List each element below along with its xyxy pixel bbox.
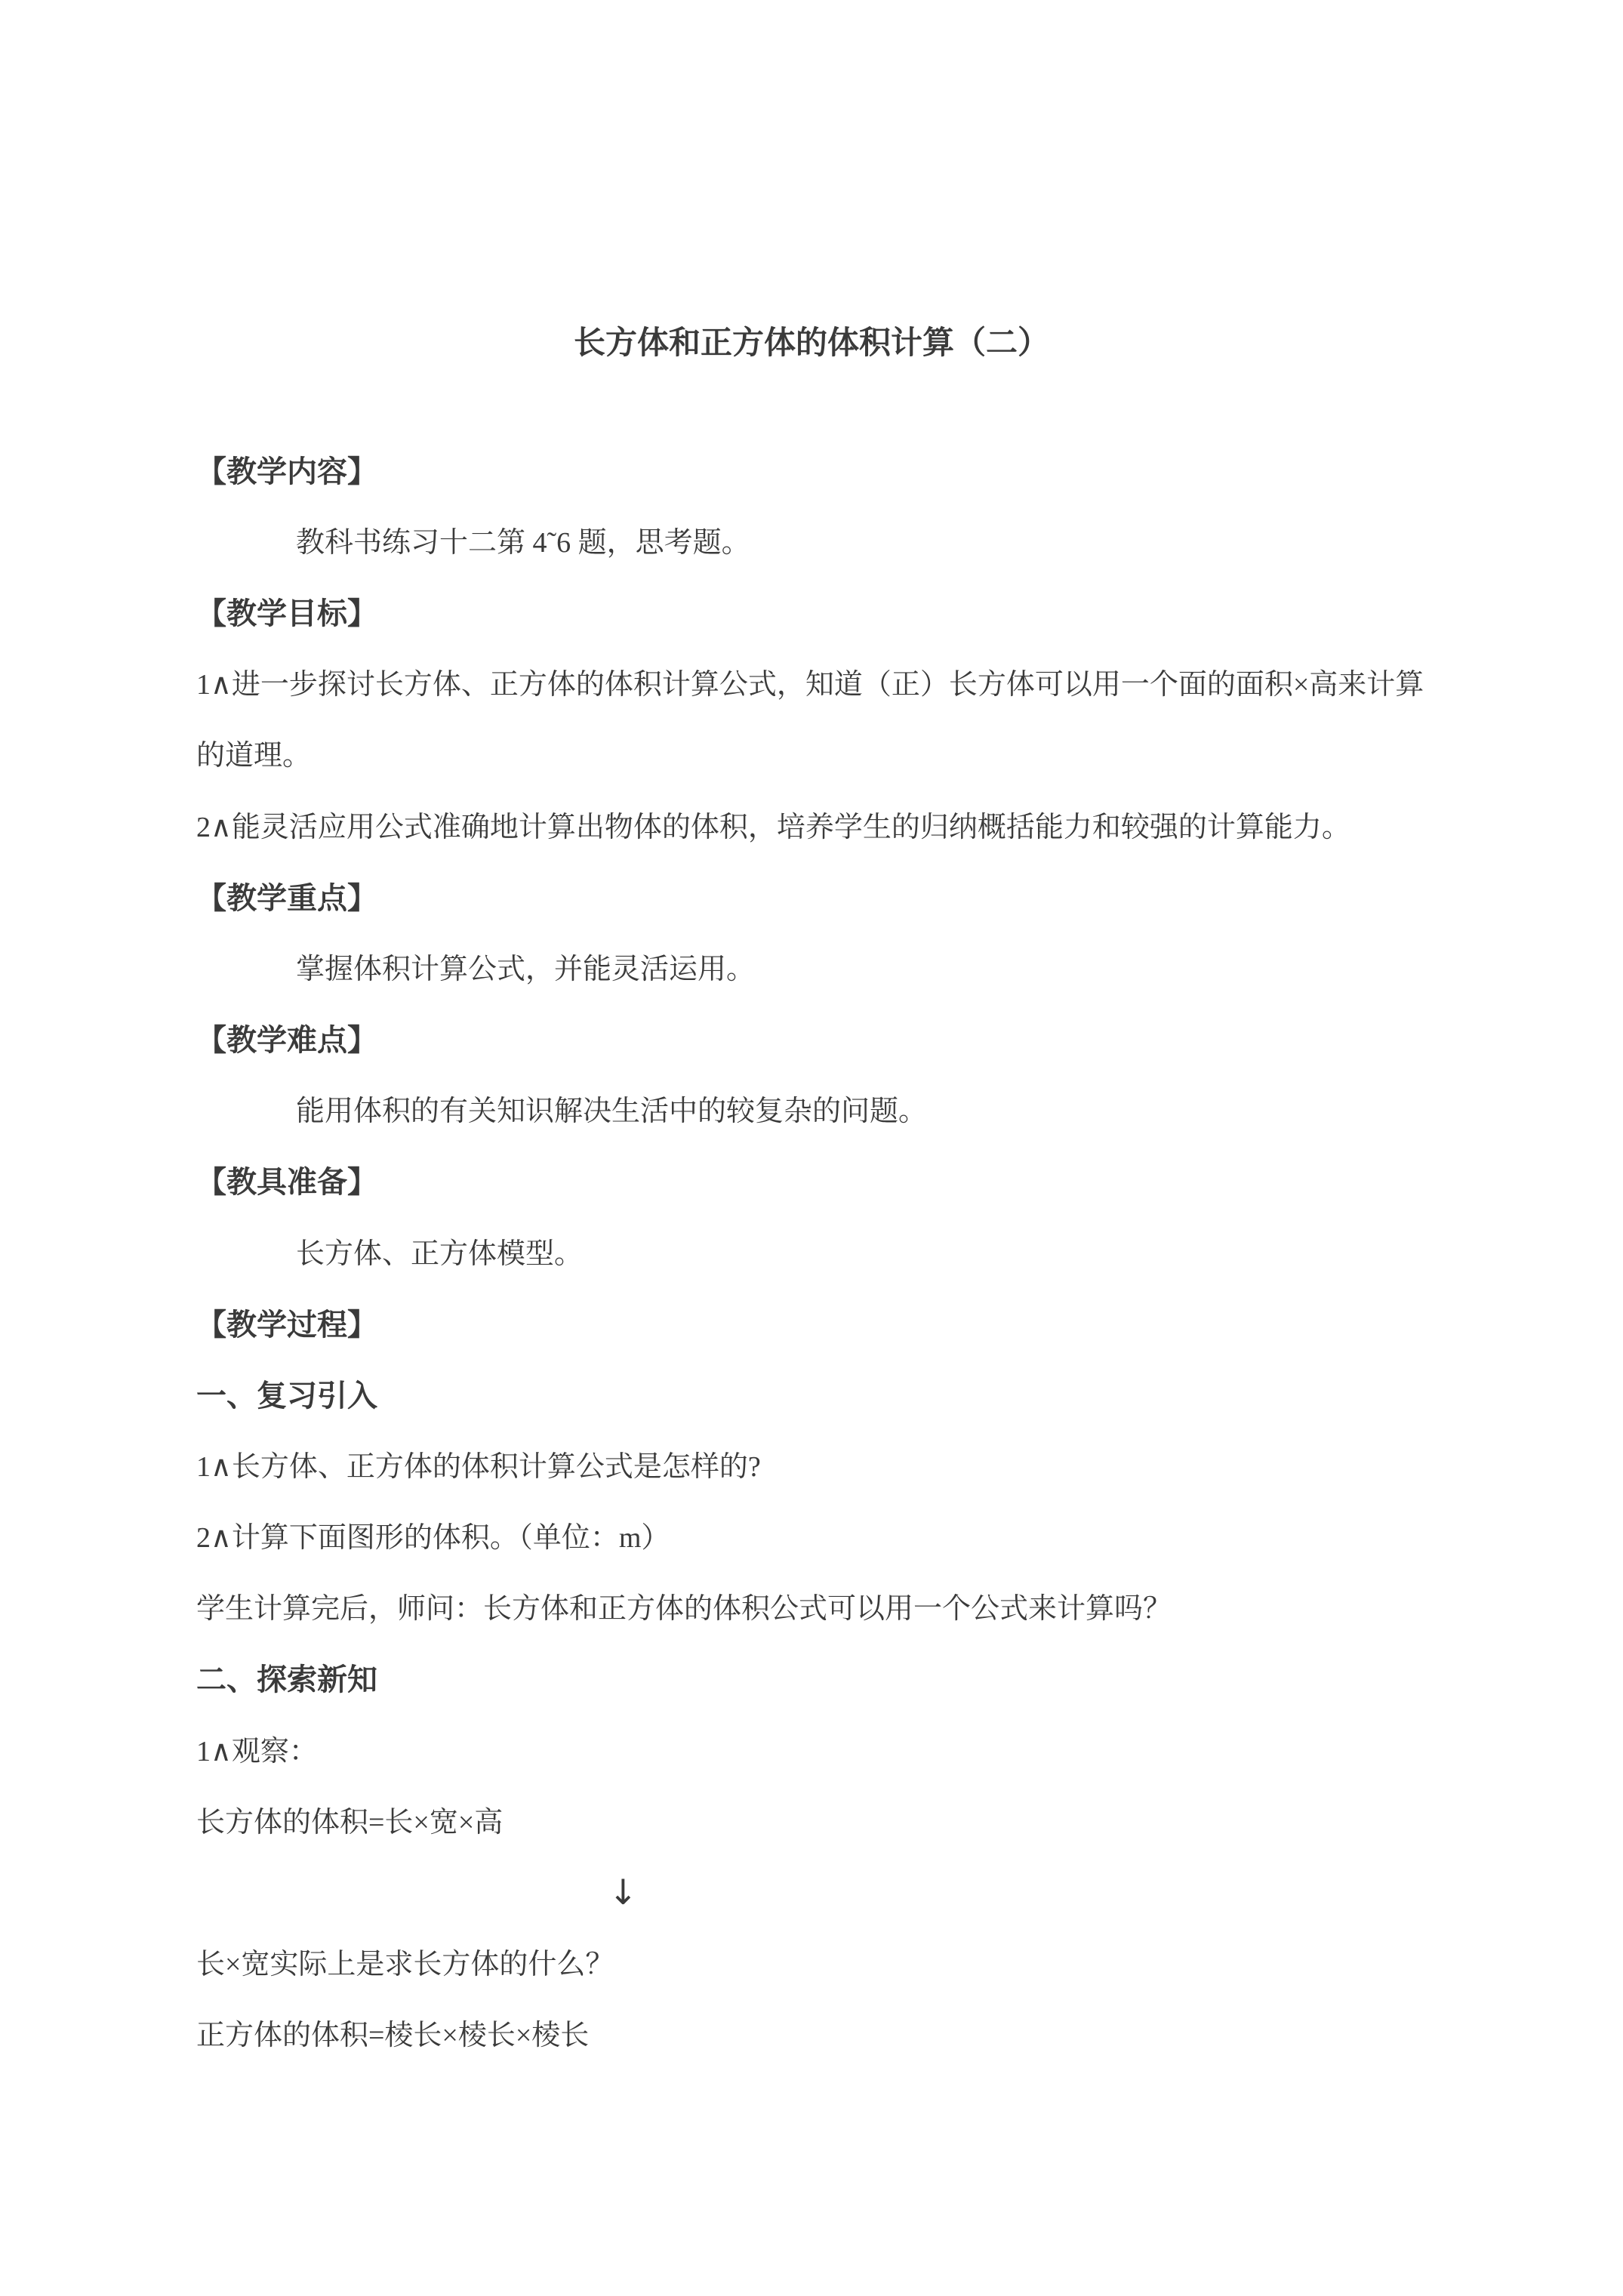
down-arrow-icon: ↓ bbox=[608, 1871, 638, 1913]
paragraph-teaching-focus: 掌握体积计算公式，并能灵活运用。 bbox=[296, 948, 755, 991]
subheading-explore-new-knowledge: 二、探索新知 bbox=[196, 1659, 377, 1701]
paragraph-review-question-1: 1∧长方体、正方体的体积计算公式是怎样的? bbox=[196, 1446, 761, 1488]
subheading-review-introduction: 一、复习引入 bbox=[196, 1375, 377, 1417]
paragraph-teaching-aids: 长方体、正方体模型。 bbox=[296, 1233, 583, 1275]
paragraph-observe-step: 1∧观察： bbox=[196, 1730, 318, 1773]
paragraph-teaching-content: 教科书练习十二第 4˜6 题，思考题。 bbox=[296, 522, 750, 564]
section-heading-teaching-goals: 【教学目标】 bbox=[196, 593, 377, 635]
section-heading-teaching-difficulty: 【教学难点】 bbox=[196, 1019, 377, 1062]
paragraph-review-followup: 学生计算完后，师问：长方体和正方体的体积公式可以用一个公式来计算吗？ bbox=[196, 1588, 1172, 1630]
paragraph-review-question-2: 2∧计算下面图形的体积。（单位：m） bbox=[196, 1517, 670, 1559]
paragraph-goal-1-line-2: 的道理。 bbox=[196, 735, 311, 777]
paragraph-goal-2: 2∧能灵活应用公式准确地计算出物体的体积，培养学生的归纳概括能力和较强的计算能力… bbox=[196, 806, 1350, 849]
section-heading-teaching-aids: 【教具准备】 bbox=[196, 1161, 377, 1203]
formula-cuboid-volume: 长方体的体积=长×宽×高 bbox=[196, 1801, 503, 1844]
formula-cube-volume: 正方体的体积=棱长×棱长×棱长 bbox=[196, 2014, 589, 2057]
paragraph-length-width-question: 长×宽实际上是求长方体的什么？ bbox=[196, 1943, 614, 1986]
section-heading-teaching-focus: 【教学重点】 bbox=[196, 877, 377, 920]
section-heading-teaching-process: 【教学过程】 bbox=[196, 1304, 377, 1346]
document-page: 长方体和正方体的体积计算（二） 【教学内容】 教科书练习十二第 4˜6 题，思考… bbox=[0, 0, 1623, 2296]
paragraph-teaching-difficulty: 能用体积的有关知识解决生活中的较复杂的问题。 bbox=[296, 1090, 927, 1133]
paragraph-goal-1-line-1: 1∧进一步探讨长方体、正方体的体积计算公式，知道（正）长方体可以用一个面的面积×… bbox=[196, 664, 1424, 706]
section-heading-teaching-content: 【教学内容】 bbox=[196, 451, 377, 493]
page-title: 长方体和正方体的体积计算（二） bbox=[0, 322, 1623, 365]
